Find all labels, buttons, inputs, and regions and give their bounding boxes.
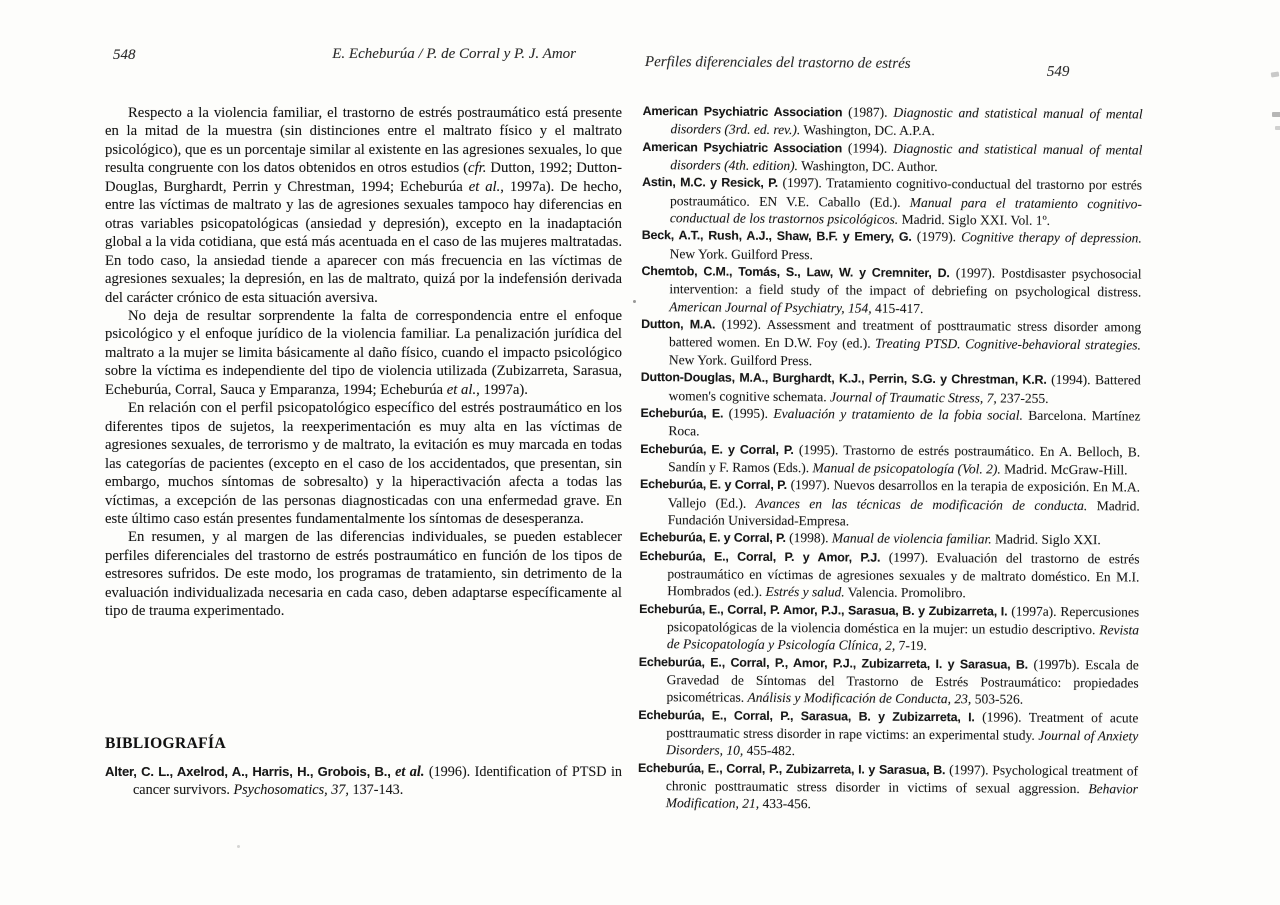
text-segment: Evaluación y tratamiento de la fobia soc… <box>773 406 1023 423</box>
left-page-number: 548 <box>113 47 136 64</box>
text-segment: Madrid. Siglo XXI. Vol. 1º. <box>898 212 1050 228</box>
text-segment: (1995). <box>723 405 773 420</box>
text-segment: Echeburúa, E. <box>640 406 723 421</box>
scan-artifact <box>1272 112 1280 117</box>
left-page: 548 E. Echeburúa / P. de Corral y P. J. … <box>105 46 622 68</box>
text-segment: 433-456. <box>759 796 811 811</box>
text-segment: Echeburúa, E. y Corral, P. <box>640 530 786 545</box>
reference-entry: Chemtob, C.M., Tomás, S., Law, W. y Crem… <box>641 262 1141 319</box>
text-segment: Washington, DC. A.P.A. <box>800 122 935 138</box>
text-segment: (1998). <box>786 530 832 545</box>
text-segment: New York. Guilford Press. <box>670 246 813 262</box>
text-segment: 455-482. <box>743 743 795 758</box>
right-page-header: Perfiles diferenciales del trastorno de … <box>643 54 1143 79</box>
text-segment: Madrid. McGraw-Hill. <box>1001 461 1128 477</box>
scan-artifact <box>1275 126 1280 130</box>
left-running-title: E. Echeburúa / P. de Corral y P. J. Amor <box>332 46 576 63</box>
text-segment: Echeburúa, E., Corral, P., Sarasua, B. y… <box>638 708 974 724</box>
body-paragraph: En relación con el perfil psicopatológic… <box>105 399 622 528</box>
reference-entry: Echeburúa, E., Corral, P., Zubizarreta, … <box>638 759 1138 816</box>
text-segment: 237-255. <box>997 390 1049 405</box>
right-running-title: Perfiles diferenciales del trastorno de … <box>645 54 911 73</box>
text-segment: Cognitive therapy of depression. <box>961 230 1142 246</box>
text-segment: Manual de psicopatología (Vol. 2). <box>812 460 1000 476</box>
scan-artifact <box>1271 71 1280 77</box>
text-segment: Estrés y salud. <box>765 584 844 600</box>
scanned-page-spread: 548 E. Echeburúa / P. de Corral y P. J. … <box>0 0 1280 905</box>
text-segment: cfr. <box>468 160 486 176</box>
body-paragraph: Respecto a la violencia familiar, el tra… <box>105 104 622 307</box>
reference-entry: Astin, M.C. y Resick, P. (1997). Tratami… <box>642 173 1142 230</box>
right-page: Perfiles diferenciales del trastorno de … <box>643 54 1143 79</box>
text-segment: Alter, C. L., Axelrod, A., Harris, H., G… <box>105 764 395 779</box>
text-segment: 7-19. <box>895 638 927 653</box>
text-segment: No deja de resultar sorprendente la falt… <box>105 308 622 398</box>
reference-entry: Dutton, M.A. (1992). Assessment and trea… <box>641 315 1141 372</box>
reference-entry: Echeburúa, E., Corral, P. y Amor, P.J. (… <box>639 547 1139 604</box>
reference-entry: Beck, A.T., Rush, A.J., Shaw, B.F. y Eme… <box>642 226 1142 265</box>
text-segment: Echeburúa, E., Corral, P., Zubizarreta, … <box>638 761 945 777</box>
reference-entry: Dutton-Douglas, M.A., Burghardt, K.J., P… <box>641 368 1141 407</box>
reference-entry: American Psychiatric Association (1987).… <box>642 102 1142 141</box>
text-segment: Echeburúa, E., Corral, P., Amor, P.J., Z… <box>639 655 1028 672</box>
text-segment: Dutton, M.A. <box>641 317 715 332</box>
text-segment: Psychosomatics, 37, <box>233 782 348 798</box>
text-segment: Chemtob, C.M., Tomás, S., Law, W. y Crem… <box>641 264 949 280</box>
text-segment: American Journal of Psychiatry, 154, <box>669 299 872 315</box>
text-segment: et al. <box>447 382 476 398</box>
reference-entry: Echeburúa, E., Corral, P., Amor, P.J., Z… <box>638 653 1138 710</box>
text-segment: (1979). <box>912 229 961 244</box>
reference-entry: Echeburúa, E. y Corral, P. (1997). Nuevo… <box>640 475 1140 532</box>
right-page-references: American Psychiatric Association (1987).… <box>638 102 1143 815</box>
left-page-header: 548 E. Echeburúa / P. de Corral y P. J. … <box>105 46 622 68</box>
text-segment: et al. <box>469 179 501 195</box>
text-segment: Manual de violencia familiar. <box>832 531 992 547</box>
reference-entry: Echeburúa, E., Corral, P. Amor, P.J., Sa… <box>639 600 1139 657</box>
reference-entry: Alter, C. L., Axelrod, A., Harris, H., G… <box>105 763 622 799</box>
text-segment: New York. Guilford Press. <box>669 352 812 368</box>
text-segment: Avances en las técnicas de modificación … <box>756 495 1088 512</box>
text-segment: Valencia. Promolibro. <box>845 585 966 601</box>
scan-artifact <box>633 300 636 303</box>
text-segment: 415-417. <box>872 300 924 315</box>
reference-entry: American Psychiatric Association (1994).… <box>642 138 1142 177</box>
text-segment: Madrid. Siglo XXI. <box>992 532 1101 548</box>
text-segment: Treating PTSD. Cognitive-behavioral stra… <box>875 336 1141 353</box>
text-segment: Washington, DC. Author. <box>798 158 938 174</box>
text-segment: Dutton-Douglas, M.A., Burghardt, K.J., P… <box>641 370 1047 387</box>
body-paragraph: En resumen, y al margen de las diferenci… <box>105 528 622 620</box>
text-segment: American Psychiatric Association <box>642 140 842 155</box>
right-page-number: 549 <box>1047 64 1070 81</box>
text-segment: Journal of Traumatic Stress, 7, <box>830 389 997 405</box>
body-paragraph: No deja de resultar sorprendente la falt… <box>105 307 622 399</box>
text-segment: , 1997a). <box>476 382 528 398</box>
reference-entry: Echeburúa, E. y Corral, P. (1995). Trast… <box>640 440 1140 479</box>
text-segment: (1994). <box>842 140 893 155</box>
reference-entry: Echeburúa, E. (1995). Evaluación y trata… <box>640 404 1140 443</box>
bibliography-heading: BIBLIOGRAFÍA <box>105 735 226 753</box>
text-segment: Echeburúa, E., Corral, P. Amor, P.J., Sa… <box>639 602 1007 619</box>
text-segment: et al. <box>395 764 424 780</box>
left-page-body: Respecto a la violencia familiar, el tra… <box>105 104 622 621</box>
text-segment: Echeburúa, E., Corral, P. y Amor, P.J. <box>639 549 880 565</box>
text-segment: 503-526. <box>971 692 1023 707</box>
text-segment: 137-143. <box>349 782 403 798</box>
text-segment: Echeburúa, E. y Corral, P. <box>640 442 794 457</box>
text-segment: , 1997a). De hecho, entre las víctimas d… <box>105 179 622 306</box>
text-segment: Beck, A.T., Rush, A.J., Shaw, B.F. y Eme… <box>642 228 912 244</box>
reference-entry: Echeburúa, E., Corral, P., Sarasua, B. y… <box>638 706 1138 763</box>
text-segment: En relación con el perfil psicopatológic… <box>105 400 622 527</box>
text-segment: Astin, M.C. y Resick, P. <box>642 175 778 190</box>
text-segment: American Psychiatric Association <box>643 104 843 119</box>
text-segment: Análisis y Modificación de Conducta, 23, <box>747 690 971 707</box>
scan-artifact <box>237 845 240 848</box>
text-segment: (1987). <box>842 104 893 119</box>
left-page-references: Alter, C. L., Axelrod, A., Harris, H., G… <box>105 763 622 799</box>
text-segment: En resumen, y al margen de las diferenci… <box>105 529 622 619</box>
text-segment: Echeburúa, E. y Corral, P. <box>640 477 787 492</box>
